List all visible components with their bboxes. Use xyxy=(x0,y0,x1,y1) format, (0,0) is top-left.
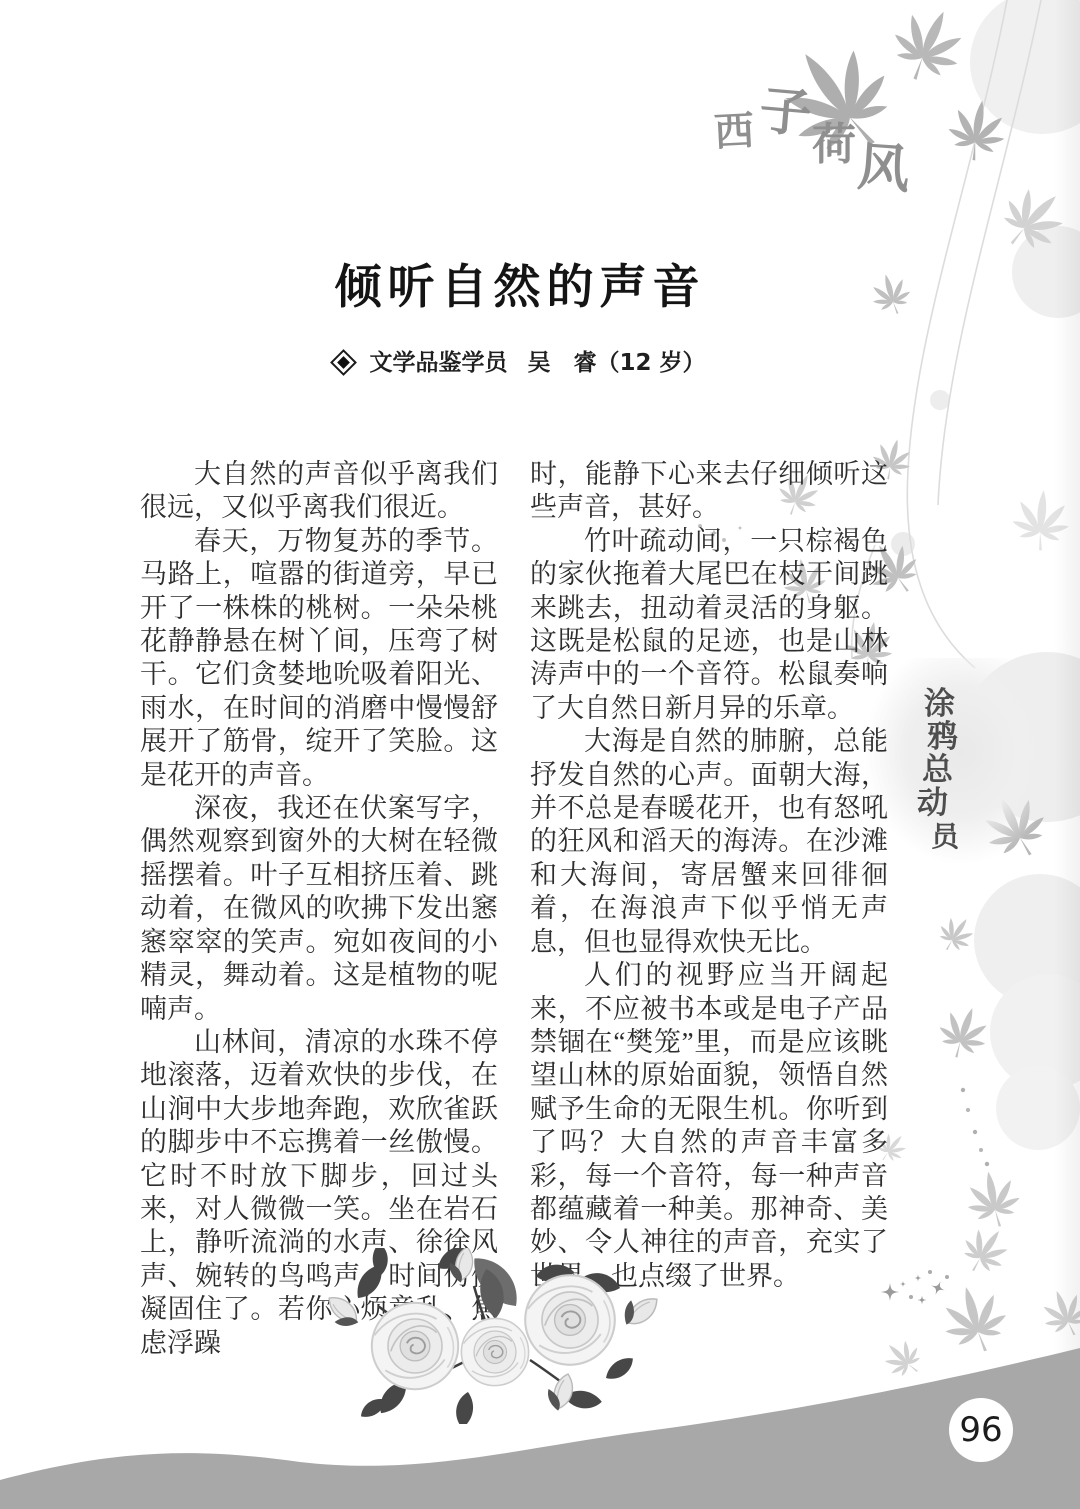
logo-char: 风 xyxy=(855,124,912,202)
masthead-logo: 西 子 荷 风 xyxy=(0,0,1080,220)
logo-char: 荷 xyxy=(812,108,856,172)
byline-author: 吴 睿 xyxy=(527,350,596,376)
page-number-badge: 96 xyxy=(949,1398,1013,1462)
side-label-char: 涂 xyxy=(924,688,966,721)
page-edge-shading xyxy=(1054,0,1080,1509)
side-label-char: 总 xyxy=(922,754,966,787)
section-side-label: 涂 鸦 总 动 员 xyxy=(916,688,966,853)
byline-role: 文学品鉴学员 xyxy=(369,350,507,376)
paragraph: 大海是自然的肺腑，总能抒发自然的心声。面朝大海，并不总是春暖花开，也有怒吼的狂风… xyxy=(530,725,888,959)
side-label-char: 鸦 xyxy=(927,721,966,754)
article-title: 倾听自然的声音 xyxy=(160,250,880,317)
magazine-page: 西 子 荷 风 倾听自然的声音 文学品鉴学员吴 睿（12 岁） 大自然的声音似乎… xyxy=(0,0,1080,1509)
byline: 文学品鉴学员吴 睿（12 岁） xyxy=(160,344,880,377)
side-label-char: 员 xyxy=(931,820,966,853)
logo-char: 子 xyxy=(757,68,815,147)
footer-wave xyxy=(0,1330,1080,1509)
article-right-column: 时，能静下心来去仔细倾听这些声音，甚好。竹叶疏动间，一只棕褐色的家伙拖着大尾巴在… xyxy=(530,458,888,1293)
article-left-column: 大自然的声音似乎离我们很远，又似乎离我们很近。春天，万物复苏的季节。马路上，喧嚣… xyxy=(140,458,498,1360)
side-label-char: 动 xyxy=(917,787,966,820)
byline-age: （12 岁） xyxy=(596,350,705,376)
logo-char: 西 xyxy=(713,99,756,158)
paragraph: 竹叶疏动间，一只棕褐色的家伙拖着大尾巴在枝干间跳来跳去，扭动着灵活的身躯。这既是… xyxy=(530,525,888,725)
paragraph: 时，能静下心来去仔细倾听这些声音，甚好。 xyxy=(530,458,888,525)
paragraph: 春天，万物复苏的季节。马路上，喧嚣的街道旁，早已开了一株株的桃树。一朵朵桃花静静… xyxy=(140,525,498,792)
paragraph: 深夜，我还在伏案写字，偶然观察到窗外的大树在轻微摇摆着。叶子互相挤压着、跳动着，… xyxy=(140,792,498,1026)
paragraph: 大自然的声音似乎离我们很远，又似乎离我们很近。 xyxy=(140,458,498,525)
page-number: 96 xyxy=(959,1410,1002,1450)
diamond-bullet-icon xyxy=(331,349,358,376)
paragraph: 人们的视野应当开阔起来，不应被书本或是电子产品禁锢在“樊笼”里，而是应该眺望山林… xyxy=(530,959,888,1293)
